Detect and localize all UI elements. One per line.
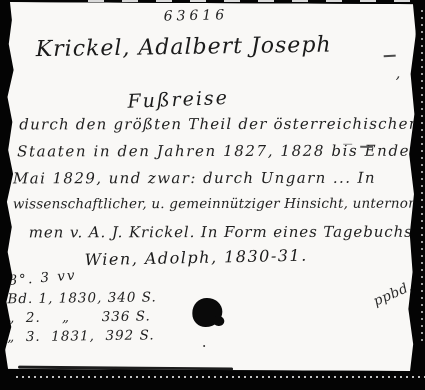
stray-dash-mark xyxy=(360,146,373,148)
work-title: Fußreise xyxy=(127,87,229,113)
description-line: men v. A. J. Krickel. In Form eines Tage… xyxy=(29,223,415,251)
imprint-line: Wien, Adolph, 1830-31. xyxy=(84,246,307,270)
scanner-top-scratch-artifact xyxy=(88,0,425,2)
scanner-right-dotted-artifact xyxy=(421,6,423,341)
volume-list: Bd. 1, 1830, 340 S. „ 2. „ 336 S. „ 3. 1… xyxy=(7,290,157,348)
volume-line: Bd. 1, 1830, 340 S. xyxy=(7,289,157,310)
catalog-card: 63616 Krickel, Adalbert Joseph Fußreise … xyxy=(4,2,416,372)
volume-line: „ 2. „ 336 S. xyxy=(7,308,157,329)
stray-pen-mark: , xyxy=(396,64,401,82)
format-note: 8°. 3 vv xyxy=(8,267,77,289)
ink-blot xyxy=(192,298,222,327)
author-heading: Krickel, Adalbert Joseph xyxy=(36,33,332,63)
stray-dash-mark xyxy=(384,55,396,58)
scanner-bottom-dotted-artifact xyxy=(16,376,425,378)
description-line: Mai 1829, und zwar: durch Ungarn ... In xyxy=(13,169,415,197)
description-block: durch den größten Theil der österreichis… xyxy=(13,114,416,251)
ink-speck xyxy=(203,345,205,347)
description-line: wissenschaftlicher, u. gemeinnütziger Hi… xyxy=(13,196,415,224)
stray-dash-mark xyxy=(343,144,352,145)
description-line: Staaten in den Jahren 1827, 1828 bis End… xyxy=(17,142,415,170)
scanned-catalog-card-image: 63616 Krickel, Adalbert Joseph Fußreise … xyxy=(0,0,425,390)
volume-line: „ 3. 1831, 392 S. xyxy=(7,327,157,348)
description-line: durch den größten Theil der österreichis… xyxy=(19,115,415,143)
catalog-number: 63616 xyxy=(146,7,246,25)
card-bottom-edge-shadow xyxy=(18,366,233,371)
binding-note: ppbd. xyxy=(371,278,415,309)
